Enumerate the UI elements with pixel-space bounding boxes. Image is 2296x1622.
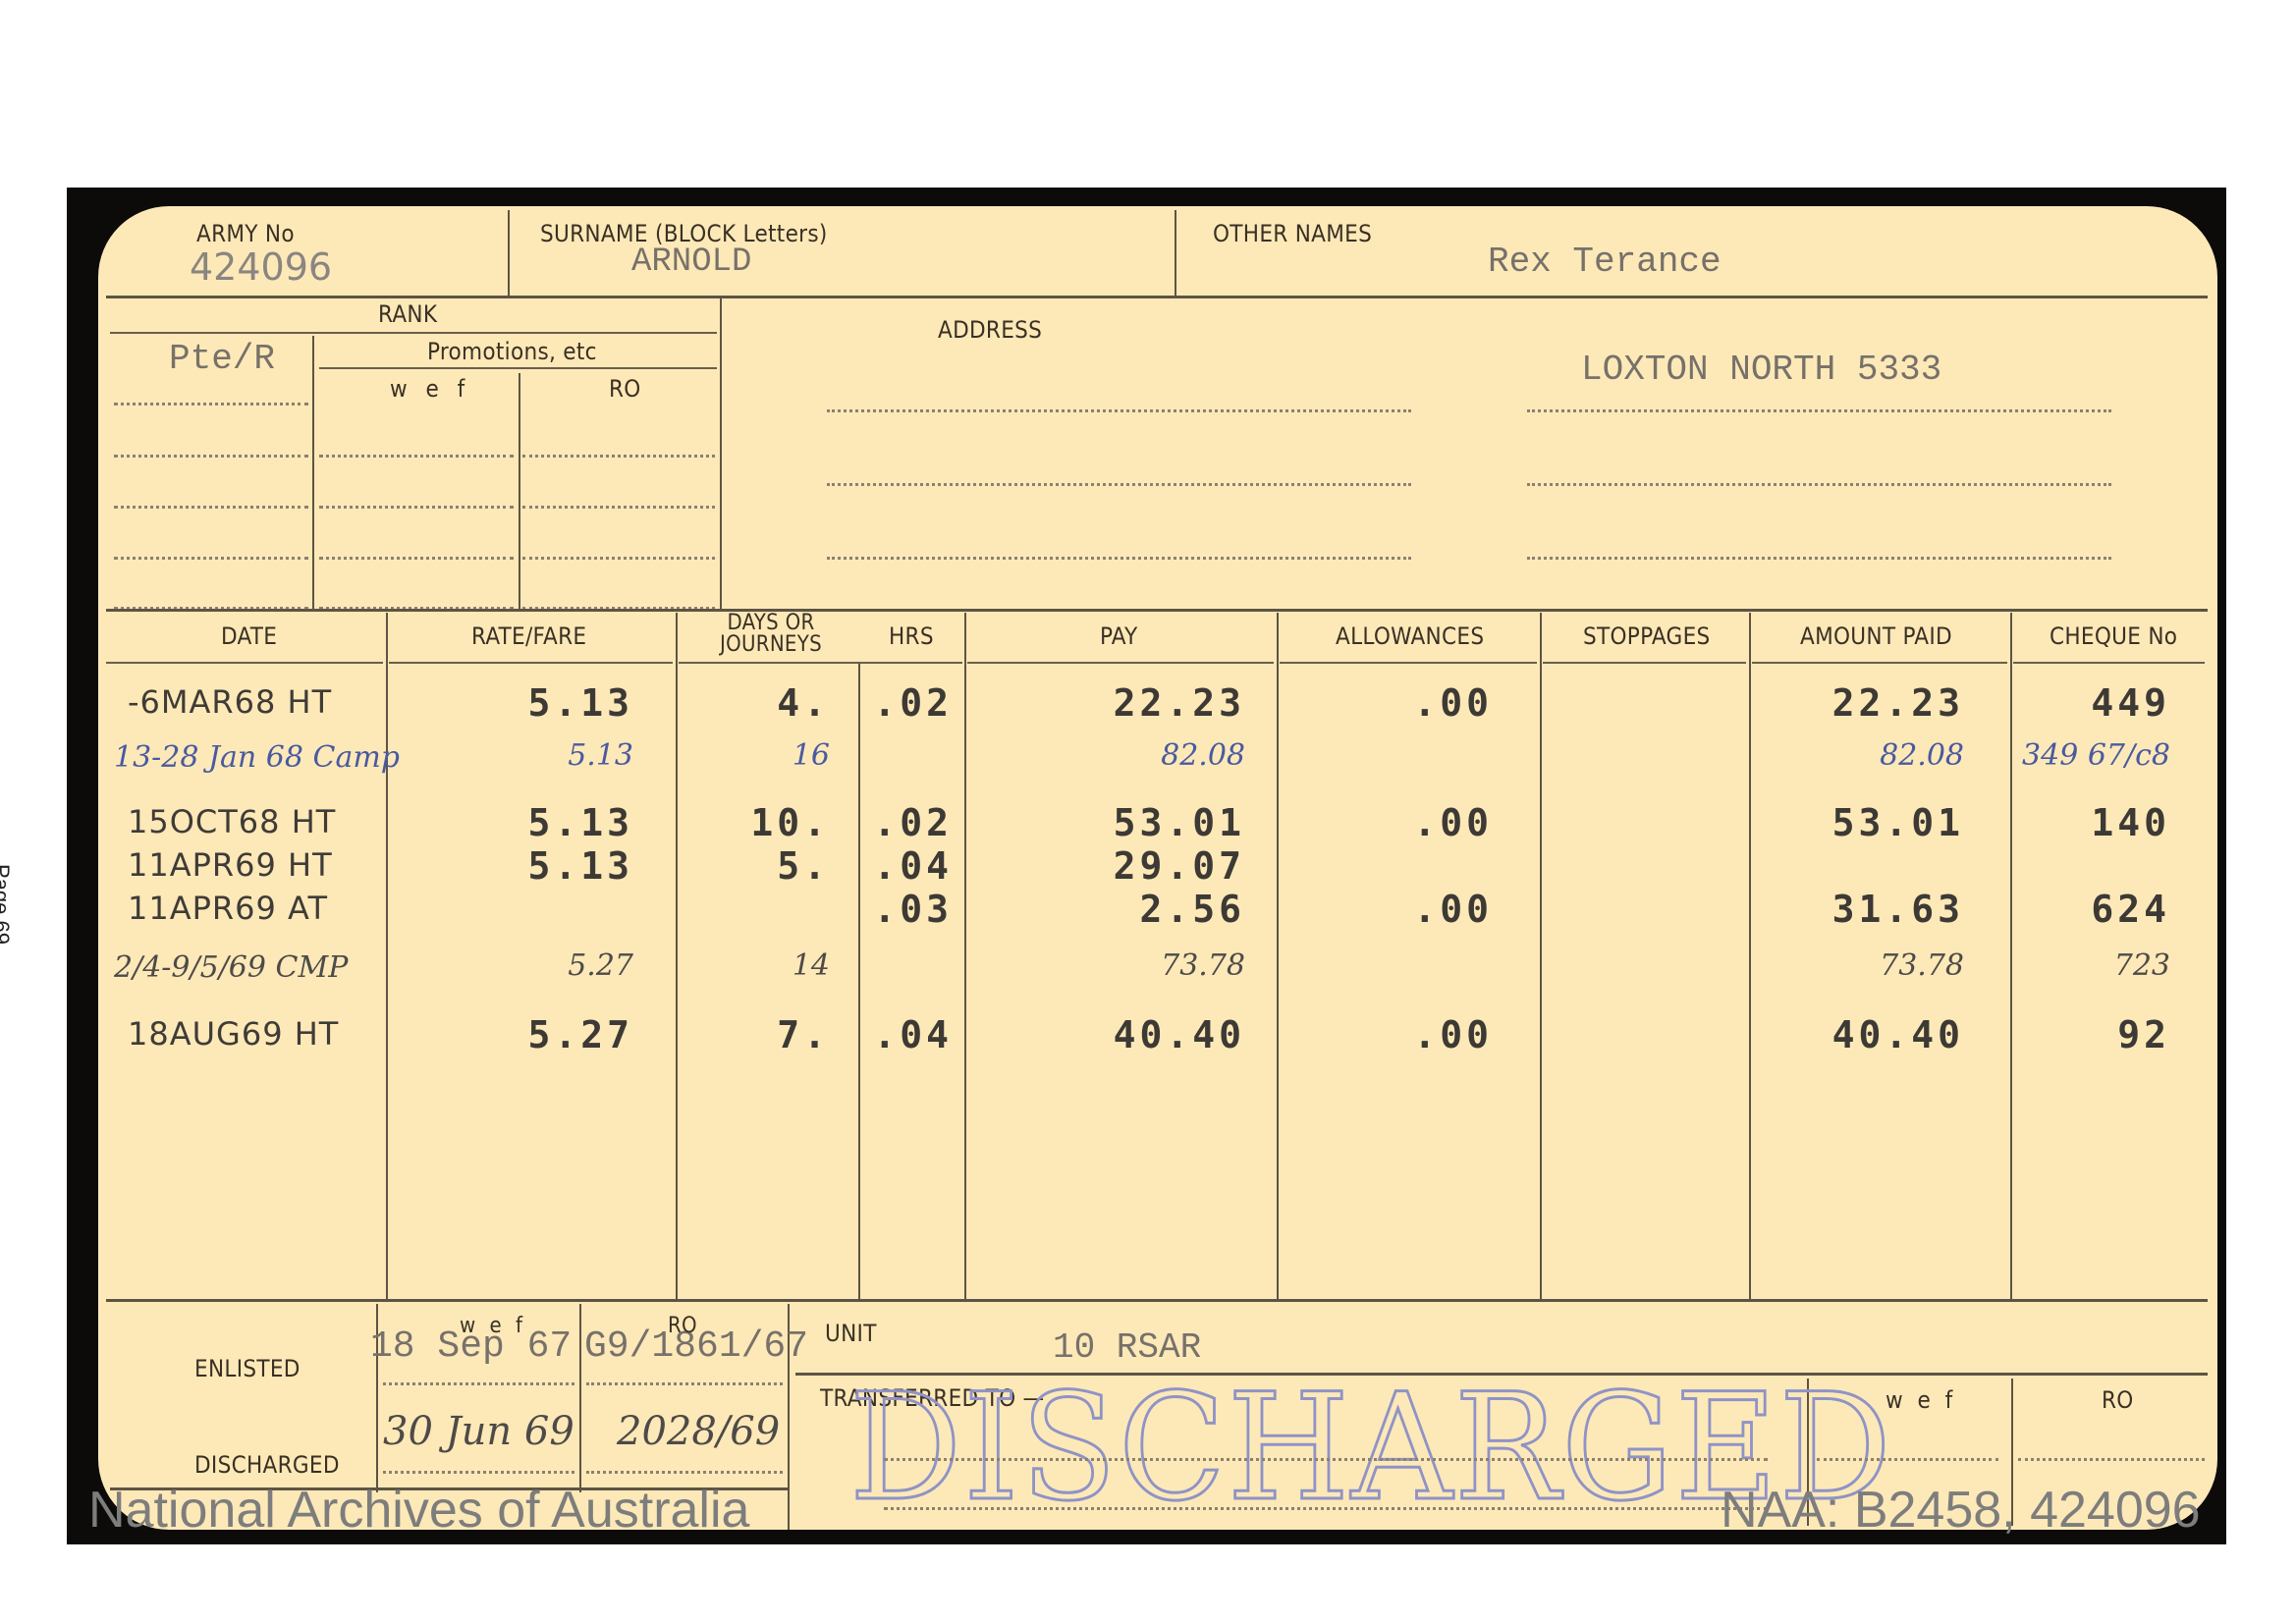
dotted-line	[884, 1458, 1768, 1461]
row-cheque: 624	[2091, 888, 2170, 931]
row-amount-paid: 53.01	[1832, 801, 1964, 844]
service-divider	[579, 1304, 581, 1492]
table-column-divider	[964, 613, 966, 1299]
promotions-rule	[319, 367, 717, 369]
section-rule	[106, 609, 2208, 612]
dotted-line	[114, 403, 308, 405]
enlisted-label: ENLISTED	[194, 1355, 301, 1382]
promotions-wef-label: w e f	[390, 375, 470, 403]
row-amount-paid: 22.23	[1832, 681, 1964, 725]
row-rate: 5.13	[568, 738, 633, 773]
row-hrs: .02	[873, 801, 953, 844]
dotted-line	[522, 455, 715, 458]
row-date: -6MAR68 HT	[128, 683, 332, 721]
col-header-days-line1: DAYS OR	[717, 613, 825, 634]
dotted-line	[522, 506, 715, 509]
promotions-ro-label: RO	[609, 375, 641, 403]
header-divider	[508, 210, 510, 297]
row-date: 13-28 Jan 68 Camp	[114, 740, 400, 775]
row-rate: 5.27	[568, 948, 633, 983]
row-allowances: .00	[1413, 681, 1493, 725]
dotted-line	[114, 506, 308, 509]
row-pay: 40.40	[1114, 1013, 1245, 1056]
address-dotted-line	[1527, 557, 2111, 560]
table-column-divider	[858, 664, 860, 1299]
unit-value: 10 RSAR	[1053, 1327, 1201, 1368]
column-header-underline	[1543, 662, 1746, 664]
address-dotted-line	[827, 409, 1411, 412]
discharged-label: DISCHARGED	[194, 1451, 340, 1479]
rank-divider	[312, 336, 314, 609]
row-hrs: .04	[873, 844, 953, 888]
row-cheque: 723	[2114, 948, 2170, 983]
row-amount-paid: 40.40	[1832, 1013, 1964, 1056]
row-allowances: .00	[1413, 801, 1493, 844]
other-names-label: OTHER NAMES	[1213, 220, 1372, 247]
table-column-divider	[2010, 613, 2012, 1299]
table-column-divider	[1540, 613, 1542, 1299]
col-header-days: DAYS OR JOURNEYS	[717, 613, 825, 656]
dotted-line	[114, 455, 308, 458]
col-header-hrs: HRS	[889, 622, 934, 650]
column-header-underline	[679, 662, 962, 664]
row-hrs: .02	[873, 681, 953, 725]
row-pay: 73.78	[1161, 948, 1245, 983]
dotted-line	[586, 1471, 783, 1474]
row-pay: 2.56	[1139, 888, 1245, 931]
row-cheque: 140	[2091, 801, 2170, 844]
service-wef-label: w e f	[460, 1314, 526, 1338]
row-amount-paid: 31.63	[1832, 888, 1964, 931]
row-date: 15OCT68 HT	[128, 803, 336, 840]
archive-watermark-left: National Archives of Australia	[88, 1481, 749, 1540]
table-column-divider	[386, 613, 388, 1299]
dotted-line	[586, 1382, 783, 1385]
row-allowances: .00	[1413, 888, 1493, 931]
dotted-line	[319, 557, 514, 560]
row-pay: 29.07	[1114, 844, 1245, 888]
row-date: 18AUG69 HT	[128, 1015, 339, 1053]
table-column-divider	[676, 613, 678, 1299]
service-ro-label: RO	[668, 1314, 697, 1338]
transfer-wef-label: w e f	[1886, 1386, 1956, 1414]
col-header-rate: RATE/FARE	[471, 622, 586, 650]
row-date: 11APR69 AT	[128, 890, 328, 927]
table-column-divider	[1277, 613, 1279, 1299]
header-divider	[1175, 210, 1176, 297]
row-hrs: .03	[873, 888, 953, 931]
address-label: ADDRESS	[938, 316, 1042, 344]
other-names-value: Rex Terance	[1488, 242, 1722, 282]
column-header-underline	[2013, 662, 2205, 664]
column-header-underline	[1280, 662, 1537, 664]
surname-value: ARNOLD	[631, 243, 751, 281]
dotted-line	[2018, 1458, 2205, 1461]
row-rate: 5.13	[527, 801, 633, 844]
row-date: 2/4-9/5/69 CMP	[114, 950, 348, 985]
dotted-line	[319, 506, 514, 509]
pay-record-card: ARMY No 424096 SURNAME (BLOCK Letters) A…	[98, 206, 2217, 1530]
col-header-days-line2: JOURNEYS	[717, 634, 825, 656]
discharged-wef-value: 30 Jun 69	[383, 1409, 574, 1454]
army-no-value: 424096	[190, 245, 332, 289]
army-no-label: ARMY No	[196, 220, 295, 247]
col-header-date: DATE	[221, 622, 277, 650]
header-rule	[106, 296, 2208, 298]
row-cheque: 92	[2117, 1013, 2170, 1056]
row-pay: 22.23	[1114, 681, 1245, 725]
dotted-line	[1817, 1458, 1998, 1461]
transfer-ro-label: RO	[2102, 1386, 2134, 1414]
column-header-underline	[1752, 662, 2007, 664]
row-hrs: .04	[873, 1013, 953, 1056]
rank-value: Pte/R	[169, 339, 275, 379]
row-date: 11APR69 HT	[128, 846, 333, 884]
dotted-line	[522, 557, 715, 560]
column-header-underline	[967, 662, 1274, 664]
row-rate: 5.13	[527, 844, 633, 888]
col-header-pay: PAY	[1100, 622, 1137, 650]
row-days: 7.	[777, 1013, 830, 1056]
row-pay: 53.01	[1114, 801, 1245, 844]
promotions-divider	[519, 373, 520, 609]
row-days: 14	[793, 948, 830, 983]
unit-label: UNIT	[825, 1320, 877, 1347]
row-amount-paid: 82.08	[1880, 738, 1964, 773]
address-dotted-line	[827, 557, 1411, 560]
dotted-line	[383, 1382, 574, 1385]
table-column-divider	[1749, 613, 1751, 1299]
row-rate: 5.13	[527, 681, 633, 725]
row-rate: 5.27	[527, 1013, 633, 1056]
address-dotted-line	[1527, 483, 2111, 486]
archive-watermark-right: NAA: B2458, 424096	[1721, 1481, 2201, 1540]
dotted-line	[319, 455, 514, 458]
dotted-line	[383, 1471, 574, 1474]
row-cheque: 349 67/c8	[2022, 738, 2170, 773]
col-header-stoppages: STOPPAGES	[1583, 622, 1711, 650]
row-pay: 82.08	[1161, 738, 1245, 773]
col-header-cheque: CHEQUE No	[2050, 622, 2177, 650]
rank-label: RANK	[378, 300, 437, 328]
row-cheque: 449	[2091, 681, 2170, 725]
column-header-underline	[389, 662, 673, 664]
discharged-ro-value: 2028/69	[617, 1409, 780, 1454]
address-dotted-line	[827, 483, 1411, 486]
row-amount-paid: 73.78	[1880, 948, 1964, 983]
rank-address-divider	[720, 297, 722, 609]
row-days: 4.	[777, 681, 830, 725]
row-allowances: .00	[1413, 1013, 1493, 1056]
column-header-underline	[106, 662, 383, 664]
address-dotted-line	[1527, 409, 2111, 412]
promotions-label: Promotions, etc	[427, 338, 597, 365]
row-days: 10.	[750, 801, 830, 844]
col-header-allowances: ALLOWANCES	[1336, 622, 1484, 650]
dotted-line	[884, 1507, 1768, 1510]
address-line-1: LOXTON NORTH 5333	[1581, 350, 1941, 390]
table-bottom-rule	[106, 1299, 2208, 1302]
rank-rule	[110, 332, 717, 334]
row-days: 16	[793, 738, 830, 773]
col-header-amount-paid: AMOUNT PAID	[1800, 622, 1952, 650]
row-days: 5.	[777, 844, 830, 888]
page-number-label: Page 69	[0, 864, 14, 945]
dotted-line	[114, 557, 308, 560]
